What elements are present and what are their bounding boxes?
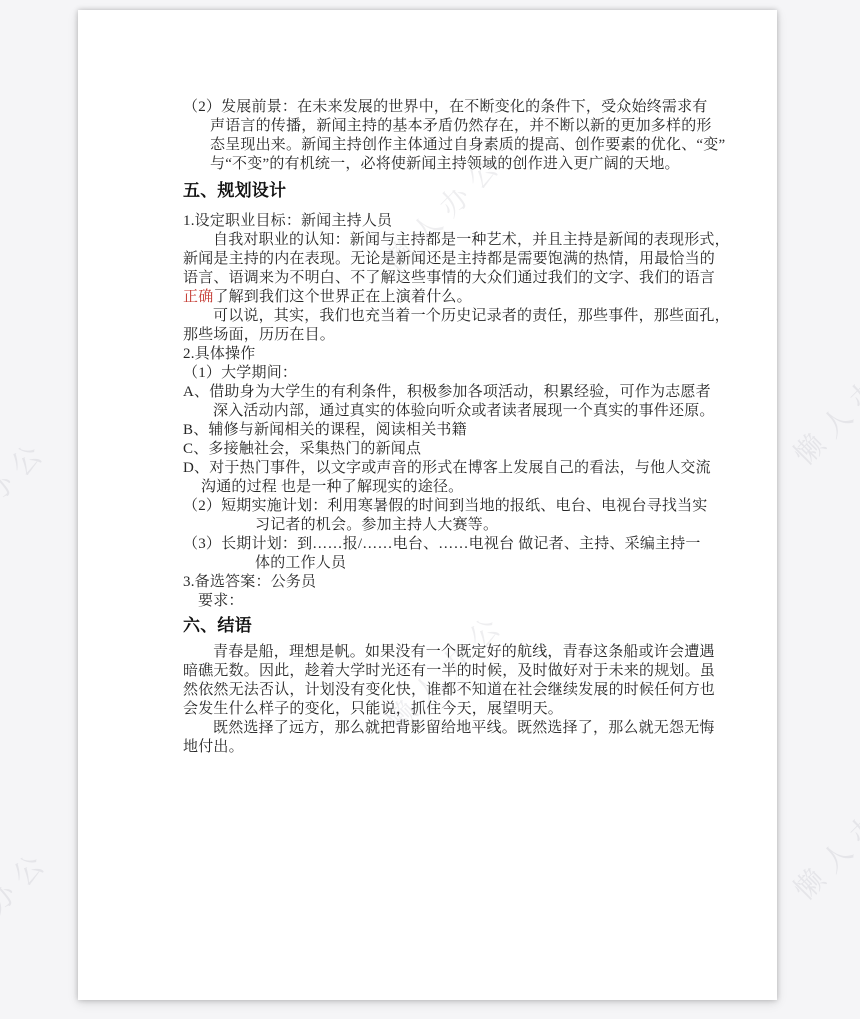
text-line: 新闻是主持的内在表现。无论是新闻还是主持都是需要饱满的热情，用最恰当的 bbox=[183, 250, 707, 269]
text-line: 既然选择了远方，那么就把背影留给地平线。既然选择了，那么就无怨无悔 bbox=[213, 719, 707, 738]
text-line: 与“不变”的有机统一，必将使新闻主持领域的创作进入更广阔的天地。 bbox=[210, 155, 707, 174]
text-span: 了解到我们这个世界正在上演着什么。 bbox=[213, 289, 471, 305]
text-line: 体的工作人员 bbox=[255, 554, 707, 573]
text-line: 要求： bbox=[198, 592, 707, 611]
text-line: 可以说，其实，我们也充当着一个历史记录者的责任，那些事件，那些面孔， bbox=[213, 307, 707, 326]
text-line: 那些场面，历历在目。 bbox=[183, 326, 707, 345]
paragraph-development-prospect: （2）发展前景：在未来发展的世界中，在不断变化的条件下，受众始终需求有 声语言的… bbox=[183, 98, 707, 174]
viewer-background: （2）发展前景：在未来发展的世界中，在不断变化的条件下，受众始终需求有 声语言的… bbox=[0, 0, 860, 1019]
heading-conclusion: 六、结语 bbox=[183, 614, 707, 638]
section-conclusion: 青春是船，理想是帆。如果没有一个既定好的航线，青春这条船或许会遭遇 暗礁无数。因… bbox=[183, 643, 707, 757]
text-line: D、对于热门事件，以文字或声音的形式在博客上发展自己的看法，与他人交流 bbox=[183, 459, 707, 478]
text-line: C、多接触社会，采集热门的新闻点 bbox=[183, 440, 707, 459]
page-content: （2）发展前景：在未来发展的世界中，在不断变化的条件下，受众始终需求有 声语言的… bbox=[78, 10, 777, 757]
text-line: 地付出。 bbox=[183, 738, 707, 757]
watermark-text: 懒人办公 bbox=[0, 428, 57, 567]
text-line: 青春是船，理想是帆。如果没有一个既定好的航线，青春这条船或许会遭遇 bbox=[213, 643, 707, 662]
heading-planning-design: 五、规划设计 bbox=[183, 179, 707, 203]
text-line: 深入活动内部，通过真实的体验向听众或者读者展现一个真实的事件还原。 bbox=[213, 402, 707, 421]
text-line: 会发生什么样子的变化，只能说，抓住今天，展望明天。 bbox=[183, 700, 707, 719]
text-line: 暗礁无数。因此，趁着大学时光还有一半的时候，及时做好对于未来的规划。虽 bbox=[183, 662, 707, 681]
watermark-text: 懒人办公 bbox=[0, 838, 59, 977]
text-line: 然依然无法否认，计划没有变化快，谁都不知道在社会继续发展的时候任何方也 bbox=[183, 681, 707, 700]
text-line: 态呈现出来。新闻主持创作主体通过自身素质的提高、创作要素的优化、“变” bbox=[210, 136, 707, 155]
text-line: （2）短期实施计划：利用寒暑假的时间到当地的报纸、电台、电视台寻找当实 bbox=[183, 497, 707, 516]
watermark-text: 懒人办公 bbox=[784, 769, 860, 908]
text-line: B、辅修与新闻相关的课程，阅读相关书籍 bbox=[183, 421, 707, 440]
text-line: 声语言的传播，新闻主持的基本矛盾仍然存在，并不断以新的更加多样的形 bbox=[210, 117, 707, 136]
text-line: 2.具体操作 bbox=[183, 345, 707, 364]
section-planning-design: 1.设定职业目标：新闻主持人员 自我对职业的认知：新闻与主持都是一种艺术，并且主… bbox=[183, 212, 707, 611]
text-line-with-highlight: 正确了解到我们这个世界正在上演着什么。 bbox=[183, 288, 707, 307]
text-line: （2）发展前景：在未来发展的世界中，在不断变化的条件下，受众始终需求有 bbox=[183, 98, 707, 117]
text-line: 3.备选答案：公务员 bbox=[183, 573, 707, 592]
text-line: 习记者的机会。参加主持人大赛等。 bbox=[255, 516, 707, 535]
text-line: 沟通的过程 也是一种了解现实的途径。 bbox=[201, 478, 707, 497]
watermark-text: 懒人办公 bbox=[784, 334, 860, 473]
document-page: （2）发展前景：在未来发展的世界中，在不断变化的条件下，受众始终需求有 声语言的… bbox=[78, 10, 777, 1000]
text-line: A、借助身为大学生的有利条件，积极参加各项活动，积累经验，可作为志愿者 bbox=[183, 383, 707, 402]
highlighted-word: 正确 bbox=[183, 289, 213, 305]
text-line: 1.设定职业目标：新闻主持人员 bbox=[183, 212, 707, 231]
text-line: 语言、语调来为不明白、不了解这些事情的大众们通过我们的文字、我们的语言 bbox=[183, 269, 707, 288]
text-line: （3）长期计划：到……报/……电台、……电视台 做记者、主持、采编主持一 bbox=[183, 535, 707, 554]
text-line: 自我对职业的认知：新闻与主持都是一种艺术，并且主持是新闻的表现形式， bbox=[213, 231, 707, 250]
text-line: （1）大学期间： bbox=[183, 364, 707, 383]
